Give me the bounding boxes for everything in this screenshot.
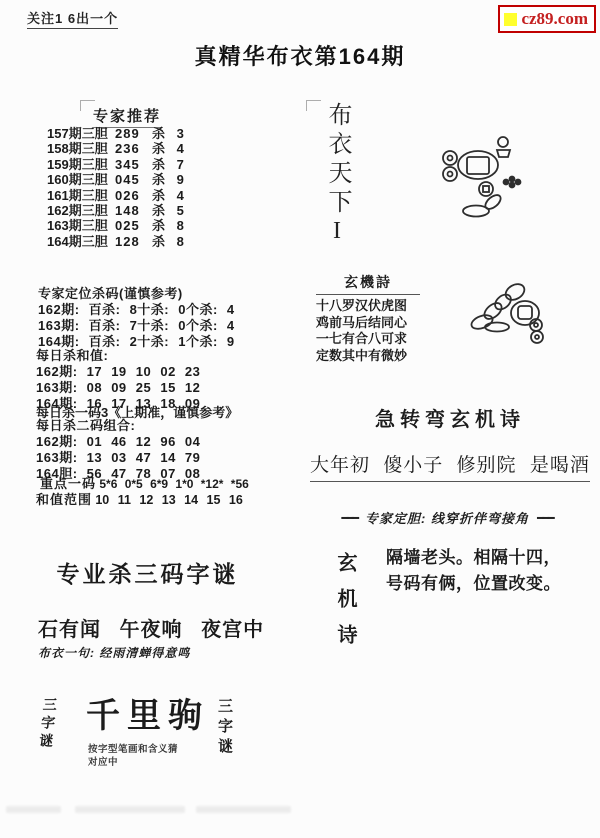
data-row: 163期: 13 03 47 14 79 — [36, 450, 200, 466]
buyi-sentence: 布衣一句: 经雨清蝉得意鸣 — [38, 644, 190, 661]
poem-line: 定数其中有微妙 — [316, 348, 420, 365]
scan-corner-mark — [306, 100, 321, 111]
answer-caption-line2: 对应中 — [88, 754, 118, 768]
site-watermark-badge[interactable]: cz89.com — [498, 5, 596, 33]
yellow-square-icon — [504, 13, 517, 26]
buyi-banner-vertical: 布衣天下I — [320, 102, 355, 249]
mystery-poem-vertical-label: 玄机诗 — [331, 552, 360, 660]
coin-doodle-top — [435, 133, 530, 223]
three-char-answer: 千里驹 — [86, 688, 209, 737]
recommend-row: 161期三胆026杀 4 — [47, 188, 188, 203]
three-char-riddle-label-right: 三字谜 — [214, 698, 235, 758]
site-url: cz89.com — [521, 9, 588, 29]
daily-kill-sum-heading: 每日杀和值: — [36, 348, 200, 364]
recommend-row: 157期三胆289杀 3 — [47, 126, 188, 141]
xuanji-poem-heading: 玄機詩 — [316, 272, 420, 295]
recommend-row: 158期三胆236杀 4 — [47, 141, 188, 156]
dash-decoration: ━━━ — [341, 511, 357, 525]
data-row: 162期: 百杀: 8十杀: 0个杀: 4 — [38, 302, 235, 318]
data-row: 162期: 01 46 12 96 04 — [36, 434, 200, 450]
data-row: 163期: 08 09 25 15 12 — [36, 380, 200, 396]
top-note: 关注1 6出一个 — [27, 8, 118, 29]
mystery-poem-lines: 隔墙老头。相隔十四， 号码有俩，位置改变。 — [386, 545, 561, 597]
scanned-lottery-sheet: 关注1 6出一个 cz89.com 真精华布衣第164期 专家推荐 157期三胆… — [0, 0, 600, 838]
sum-range-line: 和值范围 10 11 12 13 14 15 16 — [36, 489, 243, 508]
poem-line: 十八罗汉伏虎图 — [316, 298, 420, 315]
faded-print-artifact — [196, 806, 291, 813]
expert-recommend-list: 157期三胆289杀 3 158期三胆236杀 4 159期三胆345杀 7 1… — [47, 126, 188, 249]
sum-range-value: 10 11 12 13 14 15 16 — [95, 493, 242, 507]
expert-dan-line: ━━━ 专家定胆: 线穿折伴弯接角 ━━━ — [332, 508, 562, 527]
xuanji-poem-box: 玄機詩 十八罗汉伏虎图 鸡前马后结同心 一七有合八可求 定数其中有微妙 — [316, 272, 420, 364]
poem-line: 鸡前马后结同心 — [316, 315, 420, 332]
position-kill-heading: 专家定位杀码(谨慎参考) — [38, 286, 235, 302]
daily-kill-two-heading: 每日杀二码组合: — [36, 418, 200, 434]
recommend-row: 159期三胆345杀 7 — [47, 157, 188, 172]
turn-poem-heading: 急转弯玄机诗 — [340, 403, 560, 432]
three-code-riddle: 石有闻 午夜响 夜宫中 — [38, 613, 264, 642]
expert-recommend-heading: 专家推荐 — [93, 105, 161, 128]
recommend-row: 163期三胆025杀 8 — [47, 218, 188, 233]
recommend-row: 160期三胆045杀 9 — [47, 172, 188, 187]
poem-line: 隔墙老头。相隔十四， — [386, 545, 561, 571]
three-code-heading: 专业杀三码字谜 — [40, 556, 255, 589]
data-row: 163期: 百杀: 7十杀: 0个杀: 4 — [38, 318, 235, 334]
faded-print-artifact — [75, 806, 185, 813]
answer-caption-line1: 按字型笔画和含义猜 — [88, 741, 178, 755]
recommend-row: 164期三胆128杀 8 — [47, 234, 188, 249]
coin-doodle-middle — [467, 280, 547, 344]
sum-range-label: 和值范围 — [36, 492, 92, 507]
dash-decoration: ━━━ — [537, 511, 553, 525]
page-title: 真精华布衣第164期 — [0, 40, 600, 71]
data-row: 162期: 17 19 10 02 23 — [36, 364, 200, 380]
three-char-riddle-label-left: 三字谜 — [35, 697, 61, 751]
turn-poem-line: 大年初 傻小子 修别院 是喝酒 — [310, 450, 590, 482]
recommend-row: 162期三胆148杀 5 — [47, 203, 188, 218]
poem-line: 号码有俩，位置改变。 — [386, 571, 561, 597]
faded-print-artifact — [6, 806, 61, 813]
expert-dan-text: 专家定胆: 线穿折伴弯接角 — [365, 508, 529, 527]
position-kill-section: 专家定位杀码(谨慎参考) 162期: 百杀: 8十杀: 0个杀: 4 163期:… — [38, 286, 235, 350]
poem-line: 一七有合八可求 — [316, 331, 420, 348]
